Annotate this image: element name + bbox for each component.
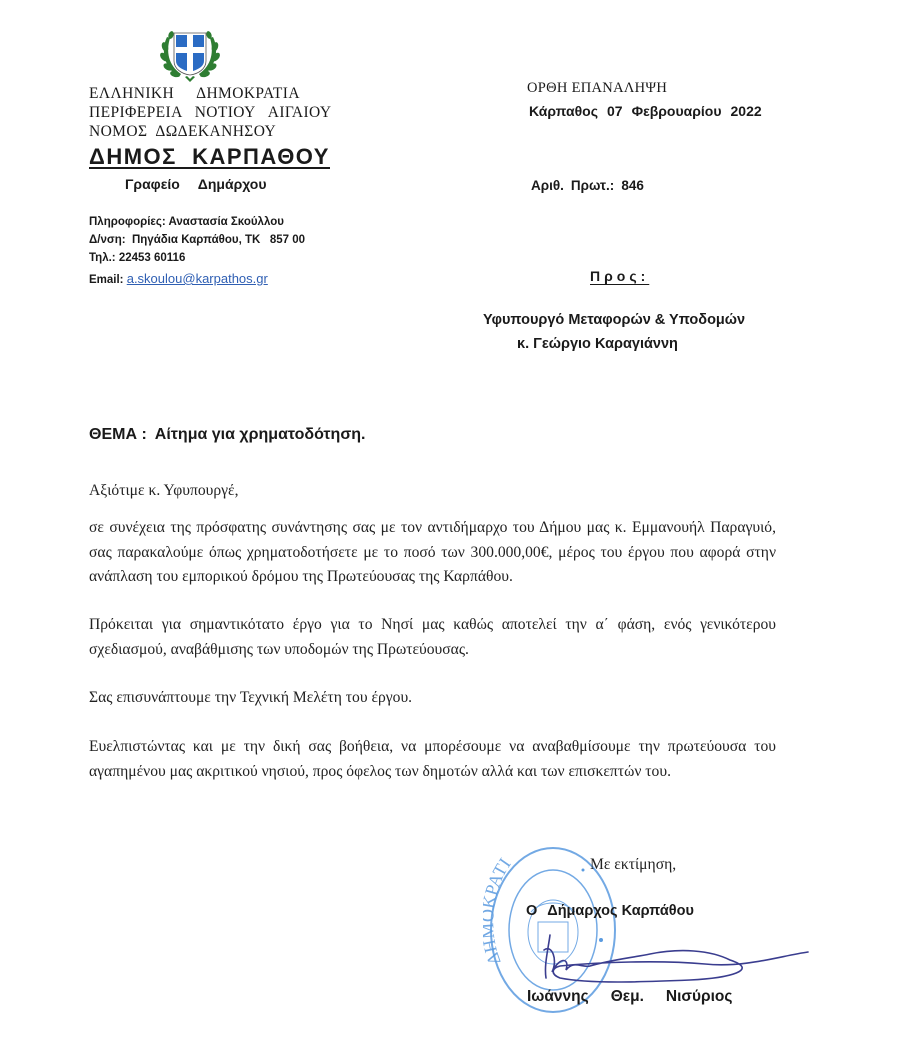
contact-email: Email: a.skoulou@karpathos.gr	[89, 270, 268, 289]
prefecture-name: ΝΟΜΟΣΔΩΔΕΚΑΝΗΣΟΥ	[89, 122, 276, 141]
date-month: Φεβρουαρίου	[632, 103, 722, 119]
date-place: Κάρπαθος	[529, 103, 598, 119]
subject-text: Αίτημα για χρηματοδότηση.	[155, 426, 366, 443]
state-word-2: ΔΗΜΟΚΡΑΤΙΑ	[196, 85, 300, 102]
body-paragraph: Σας επισυνάπτουμε την Τεχνική Μελέτη του…	[89, 686, 776, 711]
svg-text:ΔΗΜΟΚΡΑΤΙ: ΔΗΜΟΚΡΑΤΙ	[483, 854, 515, 967]
state-name: ΕΛΛΗΝΙΚΗΔΗΜΟΚΡΑΤΙΑ	[89, 84, 300, 103]
region-word-3: ΑΙΓΑΙΟΥ	[268, 104, 332, 121]
contact-phone: Τηλ.: 22453 60116	[89, 249, 185, 267]
date-day: 07	[607, 103, 623, 119]
handwritten-signature-icon	[530, 930, 810, 990]
signatory-name: ΙωάννηςΘεμ.Νισύριος	[527, 988, 732, 1006]
office-word-2: Δημάρχου	[198, 176, 267, 192]
municipality-name: ΔΗΜΟΣ ΚΑΡΠΑΘΟΥ	[89, 144, 330, 170]
contact-value: Αναστασία Σκούλλου	[168, 216, 283, 228]
greek-coat-of-arms-icon	[157, 27, 223, 85]
signatory-article: Ο	[526, 903, 537, 919]
protocol-value: 846	[621, 178, 644, 193]
signatory-title: ΟΔήμαρχος Καρπάθου	[526, 903, 694, 919]
body-paragraph: Ευελπιστώντας και με την δική σας βοήθει…	[89, 735, 776, 784]
signatory-first-name: Ιωάννης	[527, 988, 589, 1005]
phone-label: Τηλ.:	[89, 252, 116, 264]
signatory-surname: Νισύριος	[666, 988, 733, 1005]
contact-label: Πληροφορίες:	[89, 216, 166, 228]
protocol-number: Αριθ.Πρωτ.:846	[531, 178, 644, 193]
office-name: ΓραφείοΔημάρχου	[125, 176, 267, 192]
contact-person: Πληροφορίες: Αναστασία Σκούλλου	[89, 213, 284, 231]
phone-value: 22453 60116	[119, 252, 186, 264]
signatory-father-name: Θεμ.	[611, 988, 644, 1005]
region-word-2: ΝΟΤΙΟΥ	[195, 104, 256, 121]
salutation: Αξιότιμε κ. Υφυπουργέ,	[89, 479, 776, 504]
to-label: Προς:	[590, 268, 649, 284]
prefecture-word-1: ΝΟΜΟΣ	[89, 123, 147, 140]
state-word-1: ΕΛΛΗΝΙΚΗ	[89, 85, 174, 102]
date-line: Κάρπαθος07Φεβρουαρίου2022	[529, 103, 762, 119]
protocol-label-1: Αριθ.	[531, 178, 564, 193]
subject-label: ΘΕΜΑ :	[89, 426, 147, 443]
address-label: Δ/νση:	[89, 234, 126, 246]
body-paragraph: σε συνέχεια της πρόσφατης συνάντησης σας…	[89, 516, 776, 590]
correction-note: ΟΡΘΗ ΕΠΑΝΑΛΗΨΗ	[527, 80, 667, 97]
closing-regards: Με εκτίμηση,	[590, 856, 676, 874]
signatory-role: Δήμαρχος Καρπάθου	[547, 903, 694, 919]
date-year: 2022	[731, 103, 762, 119]
recipient-title: Υφυπουργό Μεταφορών & Υποδομών	[483, 312, 745, 328]
prefecture-word-2: ΔΩΔΕΚΑΝΗΣΟΥ	[155, 123, 276, 140]
subject-line: ΘΕΜΑ :Αίτημα για χρηματοδότηση.	[89, 426, 365, 444]
contact-address: Δ/νση: Πηγάδια Καρπάθου, ΤΚ 857 00	[89, 231, 305, 249]
email-label: Email:	[89, 274, 124, 286]
body-paragraph: Πρόκειται για σημαντικότατο έργο για το …	[89, 613, 776, 662]
office-word-1: Γραφείο	[125, 176, 180, 192]
protocol-label-2: Πρωτ.:	[571, 178, 614, 193]
region-word-1: ΠΕΡΙΦΕΡΕΙΑ	[89, 104, 183, 121]
email-link[interactable]: a.skoulou@karpathos.gr	[127, 271, 268, 286]
recipient-name: κ. Γεώργιο Καραγιάννη	[517, 336, 678, 352]
region-name: ΠΕΡΙΦΕΡΕΙΑΝΟΤΙΟΥΑΙΓΑΙΟΥ	[89, 103, 331, 122]
address-value: Πηγάδια Καρπάθου, ΤΚ 857 00	[132, 234, 305, 246]
